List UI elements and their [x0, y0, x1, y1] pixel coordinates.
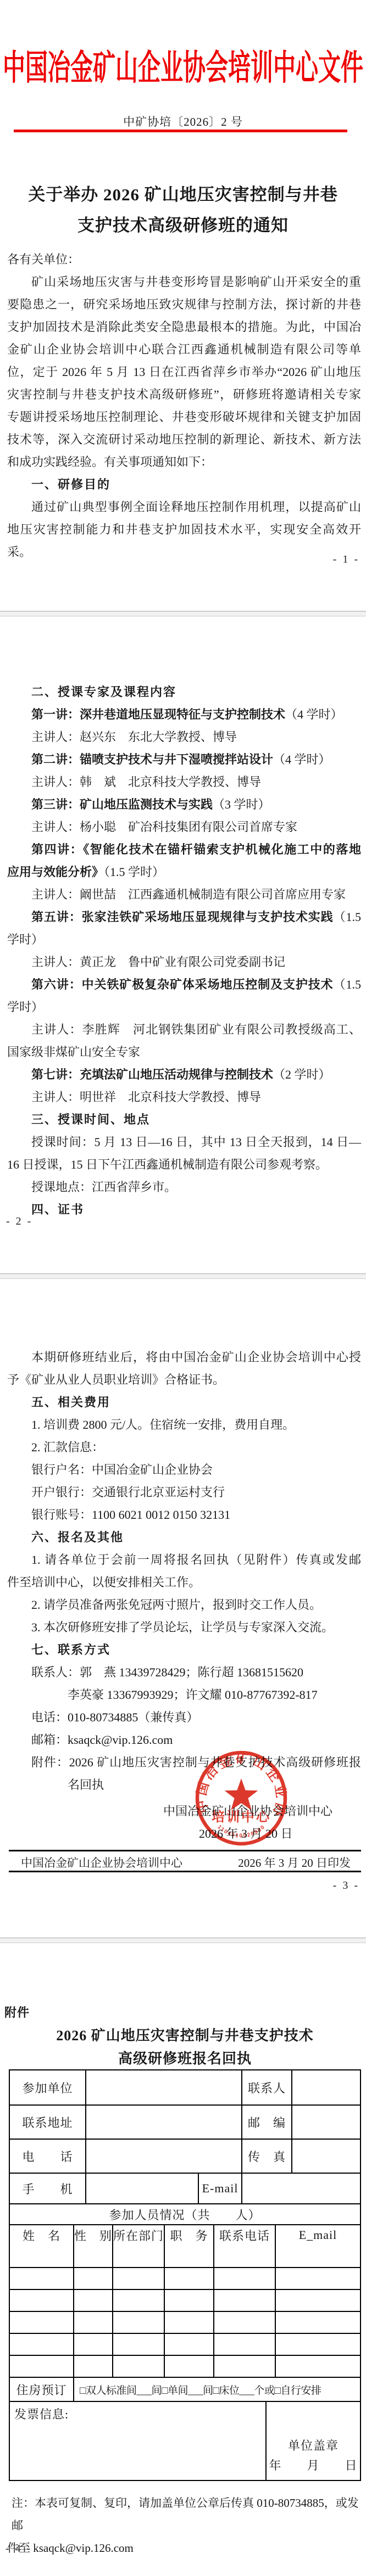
doc-line: 第四讲：《智能化技术在锚杆锚索支护机械化施工中的落地: [31, 838, 361, 861]
doc-line: 2. 汇款信息：: [31, 1436, 361, 1458]
doc-text-run: 本期研修班结业后，将由中国冶金矿山企业协会培训中心授: [31, 1350, 361, 1364]
doc-line: 银行账号：1100 6021 0012 0150 32131: [31, 1503, 361, 1526]
personnel-empty-cell: [275, 2290, 360, 2311]
doc-text-run: （1.5 学时）: [104, 865, 164, 879]
form-note: 注：本表可复制、复印，请加盖单位公章后传真 010-80734885，或发邮 件…: [7, 2492, 359, 2560]
participants-band: 参加人员情况（共 人）: [10, 2203, 360, 2224]
doc-line: 位，定于 2026 年 5 月 13 日在江西省萍乡市举办“2026 矿山地压: [7, 361, 361, 383]
doc-line: 授课地点：江西省萍乡市。: [31, 1176, 361, 1198]
stamp-label: 单位盖章: [288, 2436, 339, 2456]
personnel-empty-cell: [213, 2356, 275, 2377]
personnel-empty-cell: [164, 2334, 213, 2355]
doc-line: 主讲人：韩 斌 北京科技大学教授、博导: [31, 771, 361, 793]
doc-line: 3. 本次研修班安排了学员论坛，让学员与专家深入交流。: [31, 1616, 361, 1638]
doc-text-run: 位，定于 2026 年 5 月 13 日在江西省萍乡市举办“2026 矿山地压: [7, 365, 361, 379]
col-department: 所在部门: [112, 2225, 164, 2245]
doc-text-run: （2 学时）: [273, 1068, 331, 1081]
doc-text-run: 第三讲：矿山地压监测技术与实践: [31, 798, 213, 811]
personnel-empty-cell: [10, 2312, 73, 2333]
footer-issuer: 中国冶金矿山企业协会培训中心: [21, 1854, 182, 1871]
phone-field: [85, 2140, 241, 2173]
zip-field: [291, 2106, 360, 2139]
personnel-empty-row: [10, 2245, 360, 2267]
page-separator-2: [0, 1273, 366, 1279]
doc-line: 要隐患之一，研究采场地压致灾规律与控制方法，探讨新的井巷: [7, 293, 361, 316]
doc-line: 和成功实践经验。有关事项通知如下：: [7, 451, 361, 473]
doc-line: 本期研修班结业后，将由中国冶金矿山企业协会培训中心授: [31, 1346, 361, 1368]
doc-line: 银行户名：中国冶金矿山企业协会: [31, 1458, 361, 1481]
section-heading: 六、报名及其他: [31, 1526, 361, 1548]
svg-text:1104510028960: 1104510028960: [216, 1823, 267, 1839]
doc-text-run: 授课时间：5 月 13 日—16 日，其中 13 日全天报到，14 日—: [31, 1135, 361, 1149]
doc-text-run: 1. 请各单位于会前一周将报名回执（见附件）传真或发邮: [31, 1553, 361, 1567]
doc-text-run: 电话：010-80734885（兼传真）: [31, 1710, 198, 1724]
doc-line: 2. 请学员准备两张免冠两寸照片，报到时交工作人员。: [31, 1593, 361, 1616]
mobile-field: [85, 2174, 198, 2203]
doc-line: 李英豪 13367993929；许文耀 010-87767392-817: [68, 1683, 361, 1706]
doc-line: 通过矿山典型事例全面诠释地压控制作用机理，以提高矿山: [31, 496, 361, 518]
personnel-empty-cell: [112, 2290, 164, 2311]
personnel-empty-cell: [213, 2312, 275, 2333]
personnel-empty-row: [10, 2311, 360, 2333]
section-heading: 三、授课时间、地点: [31, 1108, 361, 1131]
doc-text-run: 银行户名：中国冶金矿山企业协会: [31, 1463, 213, 1477]
doc-line: 第六讲：中关铁矿极复杂矿体采场地压控制及支护技术（1.5: [31, 973, 361, 996]
col-gender: 性 别: [73, 2225, 112, 2245]
personnel-empty-row: [10, 2267, 360, 2289]
doc-line: 学时）: [7, 996, 361, 1018]
doc-text-run: 第五讲：张家洼铁矿采场地压显现规律与支护技术实践: [31, 910, 334, 924]
document-root: 中国冶金矿山企业协会培训中心文件 中矿协培〔2026〕2 号 关于举办 2026…: [0, 0, 366, 2576]
contact-field: [291, 2070, 360, 2104]
doc-line: 第一讲：深井巷道地压显现特征与支护控制技术（4 学时）: [31, 703, 361, 726]
page-number-4: - 4 -: [5, 2543, 32, 2555]
doc-text-run: 开户银行：交通银行北京亚运村支行: [31, 1485, 225, 1499]
doc-line: 第二讲：锚喷支护技术与井下湿喷搅拌站设计（4 学时）: [31, 748, 361, 771]
personnel-empty-cell: [275, 2268, 360, 2289]
invoice-label: 发票信息:: [10, 2402, 265, 2480]
section-heading: 二、授课专家及课程内容: [31, 681, 361, 703]
section-heading: 七、联系方式: [31, 1638, 361, 1661]
doc-line: 主讲人：杨小聪 矿冶科技集团有限公司首席专家: [31, 816, 361, 838]
doc-text-run: 3. 本次研修班安排了学员论坛，让学员与专家深入交流。: [31, 1620, 334, 1634]
document-banner: 中国冶金矿山企业协会培训中心文件: [0, 40, 366, 89]
doc-line: 主讲人：黄正龙 鲁中矿业有限公司党委副书记: [31, 951, 361, 973]
doc-text-run: 通过矿山典型事例全面诠释地压控制作用机理，以提高矿山: [31, 500, 361, 514]
seal-code-text: 1104510028960: [216, 1823, 267, 1839]
stamp-cell: 单位盖章 年 月 日: [265, 2402, 360, 2480]
personnel-empty-cell: [164, 2290, 213, 2311]
doc-text-run: 各有关单位：: [7, 252, 80, 266]
doc-text-run: 银行账号：1100 6021 0012 0150 32131: [31, 1508, 230, 1522]
doc-line: 联系人：郭 燕 13439728429；陈行超 13681515620: [31, 1661, 361, 1683]
doc-line: 支护加固技术是消除此类安全隐患最根本的措施。为此，中国冶: [7, 316, 361, 338]
personnel-empty-cell: [164, 2356, 213, 2377]
doc-line: 矿山采场地压灾害与井巷变形垮冒是影响矿山开采安全的重: [31, 271, 361, 293]
personnel-empty-cell: [112, 2268, 164, 2289]
footer-print-date: 2026 年 3 月 20 日印发: [238, 1854, 351, 1871]
page-separator-3: [0, 1938, 366, 1943]
doc-text-run: 予《矿业从业人员职业培训》合格证书。: [7, 1373, 225, 1387]
email-label: E-mail: [198, 2174, 241, 2203]
personnel-empty-cell: [164, 2268, 213, 2289]
col-phone: 联系电话: [213, 2225, 275, 2245]
doc-line: 灾害控制与井巷支护技术高级研修班”，研修班将邀请相关专家: [7, 383, 361, 406]
doc-text-run: 邮箱：ksaqck@vip.126.com: [31, 1733, 173, 1747]
doc-text-run: 主讲人：阚世喆 江西鑫通机械制造有限公司首席应用专家: [31, 888, 346, 901]
doc-line: 金矿山企业协会培训中心联合江西鑫通机械制造有限公司等单: [7, 338, 361, 361]
doc-text-run: 主讲人：明世祥 北京科技大学教授、博导: [31, 1090, 261, 1104]
doc-text-run: 主讲人：黄正龙 鲁中矿业有限公司党委副书记: [31, 955, 285, 969]
doc-text-run: （3 学时）: [213, 798, 270, 811]
unit-field: [85, 2070, 241, 2104]
personnel-empty-cell: [213, 2245, 275, 2267]
doc-text-run: 学时）: [7, 1000, 43, 1014]
doc-text-run: 主讲人：杨小聪 矿冶科技集团有限公司首席专家: [31, 820, 297, 834]
section-heading: 四、证书: [31, 1198, 361, 1221]
doc-line: 第七讲：充填法矿山地压活动规律与控制技术（2 学时）: [31, 1063, 361, 1086]
fax-field: [291, 2140, 360, 2173]
personnel-empty-cell: [10, 2334, 73, 2355]
doc-line: 采。: [7, 541, 361, 563]
doc-text-run: 16 日授课，15 日下午江西鑫通机械制造有限公司参观考察。: [7, 1158, 328, 1171]
invoice-row: 发票信息: 单位盖章 年 月 日: [10, 2401, 360, 2480]
stamp-date: 年 月 日: [269, 2456, 357, 2476]
page1-body: 各有关单位：矿山采场地压灾害与井巷变形垮冒是影响矿山开采安全的重要隐患之一，研究…: [7, 248, 361, 563]
doc-line: 主讲人：赵兴东 东北大学教授、博导: [31, 726, 361, 748]
doc-text-run: 1. 培训费 2800 元/人。住宿统一安排，费用自理。: [31, 1418, 295, 1432]
personnel-empty-cell: [10, 2356, 73, 2377]
doc-text-run: 七、联系方式: [31, 1643, 110, 1657]
doc-text-run: 技术等，深入交流研讨采动地压控制的新理论、新技术、新方法: [7, 433, 361, 446]
page-number-1: - 1 -: [333, 553, 359, 566]
doc-text-run: 主讲人：赵兴东 东北大学教授、博导: [31, 730, 237, 744]
document-number: 中矿协培〔2026〕2 号: [0, 113, 366, 130]
doc-line: 开户银行：交通银行北京亚运村支行: [31, 1481, 361, 1503]
doc-text-run: 灾害控制与井巷支护技术高级研修班”，研修班将邀请相关专家: [7, 388, 361, 401]
doc-line: 主讲人：李胜辉 河北钢铁集团矿业有限公司教授级高工、: [31, 1018, 361, 1041]
doc-text-run: 2. 请学员准备两张免冠两寸照片，报到时交工作人员。: [31, 1598, 321, 1612]
zip-label: 邮 编: [241, 2106, 291, 2139]
personnel-empty-cell: [213, 2290, 275, 2311]
personnel-empty-cell: [112, 2356, 164, 2377]
seal-star-icon: [225, 1778, 258, 1810]
registration-form-table: 参加单位 联系人 联系地址 邮 编 电 话 传 真 手 机 E-mail 参加人…: [9, 2069, 361, 2481]
personnel-header-row: 姓 名 性 别 所在部门 职 务 联系电话 E_mail: [10, 2224, 360, 2245]
form-row-unit: 参加单位 联系人: [10, 2070, 360, 2104]
page-number-2: - 2 -: [6, 1215, 32, 1228]
doc-text-run: 地压灾害控制能力和井巷支护加固技术水平，实现安全高效开: [7, 523, 361, 536]
footer-rule-bottom: [9, 1871, 361, 1872]
form-row-address: 联系地址 邮 编: [10, 2104, 360, 2139]
doc-line: 地压灾害控制能力和井巷支护加固技术水平，实现安全高效开: [7, 518, 361, 541]
form-title-line1: 2026 矿山地压灾害控制与井巷支护技术: [9, 2024, 361, 2045]
official-seal: 中国冶金矿山企业协会 培训中心 1104510028960: [192, 1749, 291, 1848]
personnel-empty-cell: [73, 2245, 112, 2267]
doc-line: 件至培训中心，以便安排相关工作。: [7, 1571, 361, 1593]
personnel-empty-cell: [112, 2312, 164, 2333]
doc-text-run: 采。: [7, 545, 31, 559]
page-separator-1: [0, 611, 366, 616]
personnel-empty-cell: [275, 2356, 360, 2377]
personnel-empty-cell: [275, 2245, 360, 2267]
unit-label: 参加单位: [10, 2070, 85, 2104]
notice-title-line1: 关于举办 2026 矿山地压灾害控制与井巷: [0, 181, 366, 205]
doc-line: 第三讲：矿山地压监测技术与实践（3 学时）: [31, 793, 361, 816]
doc-line: 1. 请各单位于会前一周将报名回执（见附件）传真或发邮: [31, 1548, 361, 1571]
page-number-3: - 3 -: [333, 1879, 359, 1892]
doc-text-run: 第一讲：深井巷道地压显现特征与支护控制技术: [31, 708, 285, 721]
doc-text-run: 第七讲：充填法矿山地压活动规律与控制技术: [31, 1068, 273, 1081]
section-heading: 一、研修目的: [31, 473, 361, 496]
personnel-empty-row: [10, 2355, 360, 2377]
section-heading: 五、相关费用: [31, 1391, 361, 1413]
doc-text-run: 名回执: [68, 1778, 104, 1792]
email-field: [241, 2174, 360, 2203]
hotel-row: 住房预订 □双人标准间___间□单间___间□床位___个或□自行安排: [10, 2377, 360, 2401]
col-position: 职 务: [164, 2225, 213, 2245]
doc-text-run: 四、证书: [31, 1203, 84, 1216]
doc-text-run: 专题讲授采场地压控制理论、井巷变形破坏规律和关键支护加固: [7, 410, 361, 424]
attachment-label: 附件: [4, 2003, 30, 2021]
personnel-empty-cell: [10, 2290, 73, 2311]
doc-text-run: 第四讲：《智能化技术在锚杆锚索支护机械化施工中的落地: [31, 843, 361, 856]
contact-label: 联系人: [241, 2070, 291, 2104]
doc-line: 主讲人：阚世喆 江西鑫通机械制造有限公司首席应用专家: [31, 883, 361, 906]
doc-text-run: 要隐患之一，研究采场地压致灾规律与控制方法，探讨新的井巷: [7, 298, 361, 311]
personnel-empty-cell: [10, 2268, 73, 2289]
personnel-empty-cell: [164, 2312, 213, 2333]
personnel-empty-cell: [213, 2334, 275, 2355]
hotel-label: 住房预订: [10, 2378, 73, 2401]
doc-text-run: 联系人：郭 燕 13439728429；陈行超 13681515620: [31, 1665, 303, 1679]
hotel-options: □双人标准间___间□单间___间□床位___个或□自行安排: [73, 2378, 360, 2401]
note-line2: 件至 ksaqck@vip.126.com: [7, 2537, 359, 2560]
doc-text-run: 国家级非煤矿山安全专家: [7, 1045, 140, 1059]
personnel-empty-cell: [73, 2268, 112, 2289]
doc-line: 邮箱：ksaqck@vip.126.com: [31, 1728, 361, 1751]
doc-text-run: （1.5: [334, 978, 361, 991]
doc-text-run: 授课地点：江西省萍乡市。: [31, 1180, 176, 1194]
doc-text-run: 金矿山企业协会培训中心联合江西鑫通机械制造有限公司等单: [7, 343, 361, 356]
doc-text-run: 主讲人：李胜辉 河北钢铁集团矿业有限公司教授级高工、: [31, 1023, 361, 1036]
doc-text-run: 六、报名及其他: [31, 1530, 124, 1544]
doc-text-run: 应用与效能分析》: [7, 865, 104, 879]
doc-line: 1. 培训费 2800 元/人。住宿统一安排，费用自理。: [31, 1413, 361, 1436]
notice-title-line2: 支护技术高级研修班的通知: [0, 211, 366, 236]
doc-line: 技术等，深入交流研讨采动地压控制的新理论、新技术、新方法: [7, 428, 361, 451]
doc-line: 16 日授课，15 日下午江西鑫通机械制造有限公司参观考察。: [7, 1153, 361, 1176]
page3-body: 本期研修班结业后，将由中国冶金矿山企业协会培训中心授予《矿业从业人员职业培训》合…: [7, 1346, 361, 1796]
personnel-empty-cell: [275, 2334, 360, 2355]
note-line1: 注：本表可复制、复印，请加盖单位公章后传真 010-80734885，或发邮: [12, 2492, 359, 2537]
form-title-line2: 高级研修班报名回执: [9, 2047, 361, 2068]
doc-text-run: 五、相关费用: [31, 1395, 110, 1409]
personnel-empty-cell: [73, 2334, 112, 2355]
col-name: 姓 名: [10, 2225, 73, 2245]
doc-text-run: （1.5: [334, 910, 361, 924]
personnel-empty-cell: [10, 2245, 73, 2267]
personnel-empty-cell: [164, 2245, 213, 2267]
doc-line: 学时）: [7, 928, 361, 951]
form-row-mobile: 手 机 E-mail: [10, 2173, 360, 2203]
doc-text-run: 矿山采场地压灾害与井巷变形垮冒是影响矿山开采安全的重: [31, 275, 361, 289]
mobile-label: 手 机: [10, 2174, 85, 2203]
doc-text-run: 第六讲：中关铁矿极复杂矿体采场地压控制及支护技术: [31, 978, 334, 991]
doc-text-run: （4 学时）: [285, 708, 343, 721]
phone-label: 电 话: [10, 2140, 85, 2173]
personnel-empty-cell: [73, 2356, 112, 2377]
doc-text-run: 主讲人：韩 斌 北京科技大学教授、博导: [31, 775, 261, 789]
personnel-empty-cell: [275, 2312, 360, 2333]
doc-line: 国家级非煤矿山安全专家: [7, 1041, 361, 1063]
doc-line: 主讲人：明世祥 北京科技大学教授、博导: [31, 1086, 361, 1108]
address-label: 联系地址: [10, 2106, 85, 2139]
personnel-empty-cell: [213, 2268, 275, 2289]
doc-text-run: 学时）: [7, 933, 43, 946]
doc-text-run: 2. 汇款信息：: [31, 1440, 104, 1454]
doc-text-run: 和成功实践经验。有关事项通知如下：: [7, 455, 213, 469]
personnel-empty-cell: [112, 2334, 164, 2355]
form-row-phone: 电 话 传 真: [10, 2139, 360, 2173]
seal-center-text: 培训中心: [212, 1809, 271, 1825]
col-email: E_mail: [275, 2225, 360, 2245]
personnel-empty-cell: [112, 2245, 164, 2267]
doc-text-run: 件至培训中心，以便安排相关工作。: [7, 1575, 201, 1589]
doc-text-run: 第二讲：锚喷支护技术与井下湿喷搅拌站设计: [31, 753, 273, 766]
participants-header: 参加人员情况（共 人）: [10, 2204, 360, 2224]
personnel-empty-rows: [10, 2245, 360, 2377]
doc-text-run: 李英豪 13367993929；许文耀 010-87767392-817: [68, 1688, 318, 1702]
doc-text-run: 支护加固技术是消除此类安全隐患最根本的措施。为此，中国冶: [7, 320, 361, 334]
personnel-empty-row: [10, 2333, 360, 2355]
page2-body: 二、授课专家及课程内容第一讲：深井巷道地压显现特征与支护控制技术（4 学时）主讲…: [7, 681, 361, 1221]
doc-line: 授课时间：5 月 13 日—16 日，其中 13 日全天报到，14 日—: [31, 1131, 361, 1153]
doc-text-run: 二、授课专家及课程内容: [31, 685, 176, 699]
personnel-empty-cell: [73, 2312, 112, 2333]
doc-line: 电话：010-80734885（兼传真）: [31, 1706, 361, 1728]
red-divider-rule: [14, 130, 347, 132]
doc-line: 第五讲：张家洼铁矿采场地压显现规律与支护技术实践（1.5: [31, 906, 361, 928]
fax-label: 传 真: [241, 2140, 291, 2173]
address-field: [85, 2106, 241, 2139]
doc-line: 应用与效能分析》（1.5 学时）: [7, 861, 361, 883]
doc-line: 各有关单位：: [7, 248, 361, 271]
personnel-empty-row: [10, 2289, 360, 2311]
doc-line: 专题讲授采场地压控制理论、井巷变形破坏规律和关键支护加固: [7, 406, 361, 428]
personnel-empty-cell: [73, 2290, 112, 2311]
doc-text-run: 一、研修目的: [31, 478, 110, 491]
doc-line: 予《矿业从业人员职业培训》合格证书。: [7, 1368, 361, 1391]
doc-text-run: （4 学时）: [273, 753, 331, 766]
footer-rule-top: [9, 1850, 361, 1851]
doc-text-run: 三、授课时间、地点: [31, 1113, 150, 1126]
